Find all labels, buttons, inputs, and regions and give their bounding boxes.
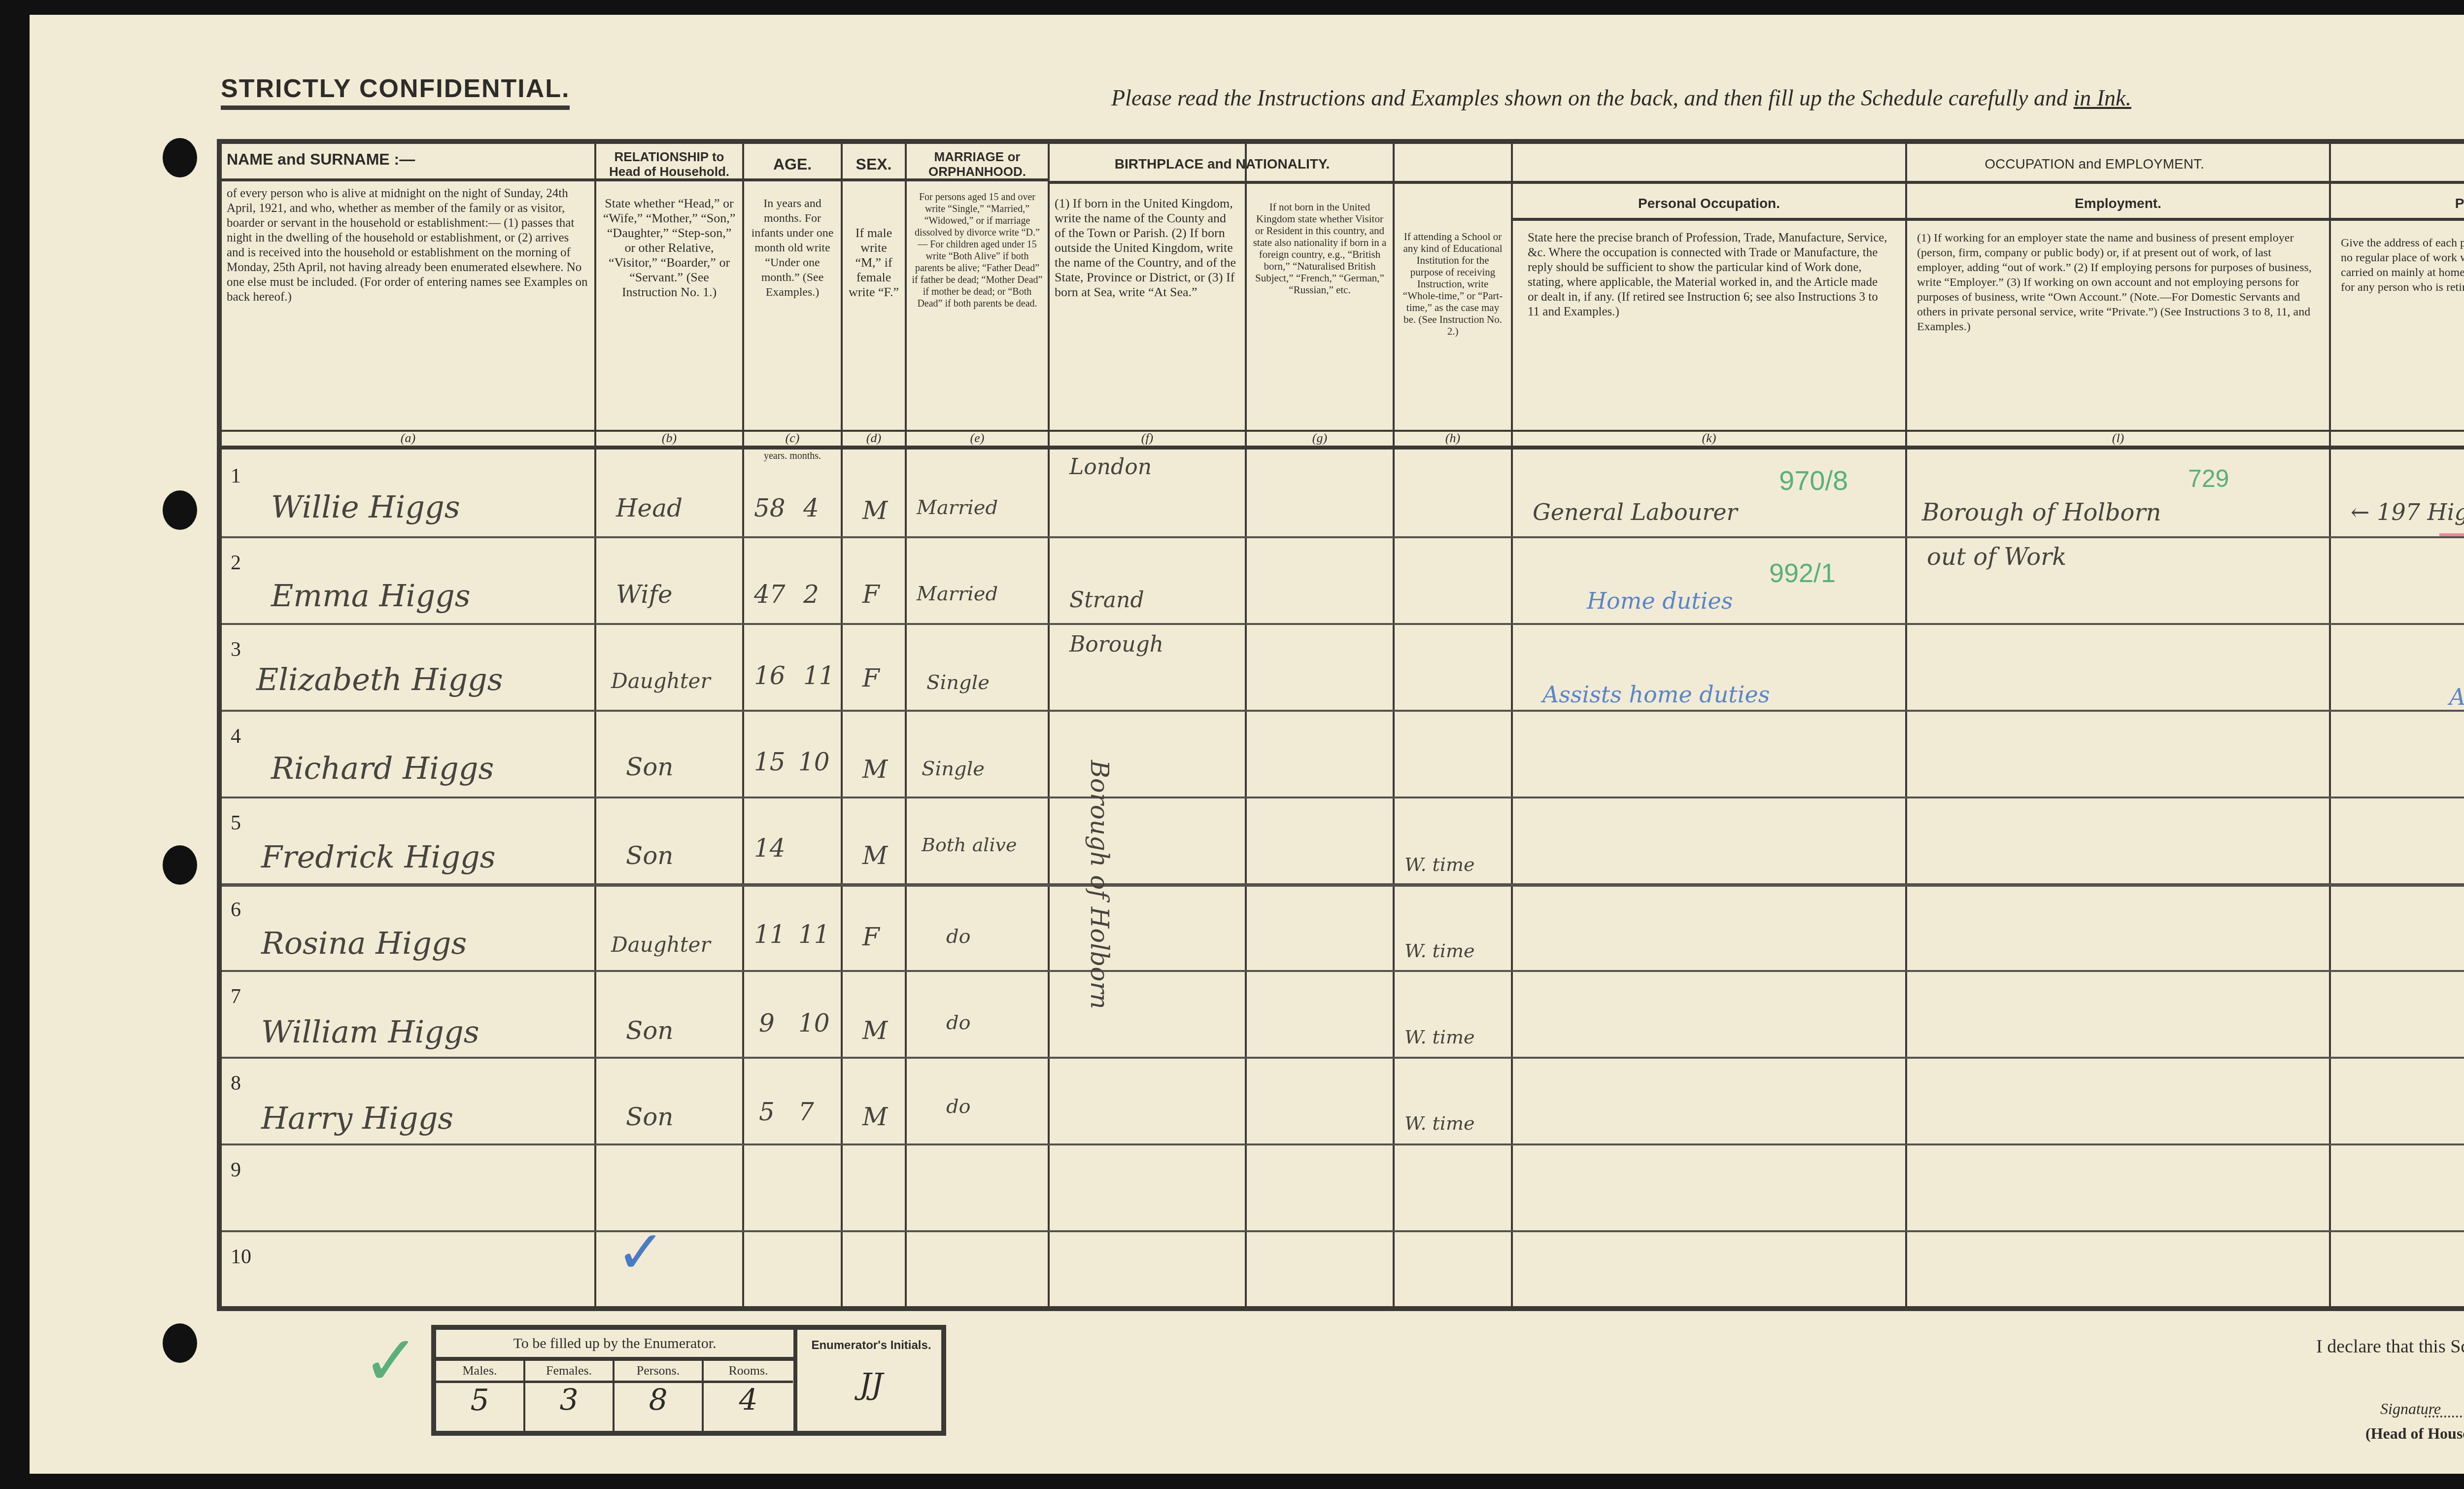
marriage-status: Single [922,758,985,780]
row-number: 7 [231,985,241,1008]
col-letter: (f) [1050,431,1245,446]
col-letter: (a) [222,431,594,446]
col-personal-occupation: Personal Occupation. State here the prec… [1513,144,1907,1306]
person-name: Harry Higgs [261,1100,453,1136]
birthplace: Strand [1069,588,1144,613]
col-title: MARRIAGE or ORPHANHOOD. [907,146,1048,182]
marriage-status: do [946,925,971,948]
rooms-cell: Rooms.4 [704,1361,793,1431]
marriage-status: Both alive [922,834,1017,856]
females-label: Females. [525,1361,613,1383]
age-months: 4 [803,494,819,522]
col-age: AGE. In years and months. For infants un… [744,144,843,1306]
col-desc: State here the precise branch of Profess… [1513,228,1905,322]
age-months: 7 [798,1098,814,1126]
row-number: 4 [231,725,241,748]
col-letter: (g) [1247,431,1393,446]
relationship: Head [616,494,683,522]
col-desc: of every person who is alive at midnight… [222,183,594,308]
blue-check-icon: ✓ [616,1218,666,1287]
row-number: 5 [231,811,241,835]
person-name: Rosina Higgs [261,925,467,961]
enumerator-box-title: To be filled up by the Enumerator. [436,1330,793,1361]
col-letter: (k) [1513,431,1905,446]
persons-count: 8 [615,1383,702,1418]
col-desc: If male write “M,” if female write “F.” [843,223,905,303]
employer-code: 729 [2188,464,2229,493]
person-name: Elizabeth Higgs [256,661,503,697]
col-title: SEX. [843,154,905,174]
personal-occupation: Assists home duties [1542,681,1770,708]
person-name: Willie Higgs [271,489,460,525]
punch-hole [163,138,197,177]
age-months: 10 [798,748,830,776]
col-desc: For persons aged 15 and over write “Sing… [907,188,1048,312]
col-title: Personal Occupation. [1513,193,1905,214]
red-underline [2439,533,2464,536]
row-divider [222,796,2464,798]
age-months: 11 [798,920,830,949]
declaration-text: I declare that this Schedule is correctl… [2316,1336,2464,1357]
col-birthplace: BIRTHPLACE and NATIONALITY. (1) If born … [1050,144,1247,1306]
col-title: AGE. [744,154,841,174]
signature-line [2425,1416,2464,1418]
col-relationship: RELATIONSHIP to Head of Household. State… [596,144,744,1306]
age-years: 5 [759,1098,775,1126]
in-ink-text: in Ink. [2073,85,2131,110]
age-months: 11 [803,661,835,690]
birthplace: Borough [1069,632,1164,657]
school-attendance: W. time [1404,940,1475,962]
row-number: 9 [231,1158,241,1182]
enumerator-totals-box: To be filled up by the Enumerator. Males… [431,1325,946,1436]
col-nationality: If not born in the United Kingdom state … [1247,144,1395,1306]
row-divider [222,883,2464,887]
row-divider [222,623,2464,625]
relationship: Daughter [611,933,711,957]
col-title: NAME and SURNAME :— [222,149,594,170]
sex: F [862,580,880,609]
school-attendance: W. time [1404,854,1475,875]
row-number: 1 [231,464,241,488]
punch-hole [163,490,197,530]
enumerator-initials-cell: Enumerator's Initials.JJ [793,1330,945,1431]
divider [222,178,1050,181]
signature-note: (Head of Household, Manager of Establish… [2365,1424,2464,1443]
sex: M [862,841,888,870]
marriage-status: Married [917,583,998,605]
col-desc: In years and months. For infants under o… [744,193,841,303]
divider [1513,218,2464,221]
col-employment: Employment. (1) If working for an employ… [1907,144,2331,1306]
col-marriage: MARRIAGE or ORPHANHOOD. For persons aged… [907,144,1050,1306]
col-place-of-work: Place of Work. Give the address of each … [2331,144,2464,1306]
school-attendance: W. time [1404,1112,1475,1134]
col-desc: If not born in the United Kingdom state … [1247,198,1393,299]
relationship: Son [626,1016,674,1045]
occupation-code: 970/8 [1779,464,1848,496]
age-years: 9 [759,1009,775,1038]
marriage-status: Married [917,496,998,519]
place-of-work: ← 197 High Holborn [2351,499,2464,525]
females-cell: Females.3 [525,1361,615,1431]
instructions-text: Please read the Instructions and Example… [1111,85,2073,110]
persons-cell: Persons.8 [615,1361,704,1431]
instructions-line: Please read the Instructions and Example… [1111,85,2131,111]
initials-label: Enumerator's Initials. [797,1330,945,1352]
enumerator-initials: JJ [797,1352,945,1402]
relationship: Son [626,1103,674,1131]
person-name: Emma Higgs [271,578,471,614]
row-number: 3 [231,638,241,661]
sex: M [862,1103,888,1131]
divider [1050,181,2464,184]
personal-occupation: General Labourer [1533,499,1738,525]
marriage-status: do [946,1011,971,1034]
age-years: 47 [754,580,786,609]
age-years: 11 [754,920,786,949]
census-form-table: NAME and SURNAME :— of every person who … [217,139,2464,1311]
col-desc: (1) If born in the United Kingdom, write… [1050,193,1245,303]
col-letter: (c) [744,431,841,446]
rooms-count: 4 [704,1383,793,1418]
persons-label: Persons. [615,1361,702,1383]
sex: M [862,496,888,525]
punch-hole [163,1323,197,1363]
confidential-heading: STRICTLY CONFIDENTIAL. [221,74,570,110]
sex: F [862,664,880,693]
person-name: Fredrick Higgs [261,839,496,875]
row-number: 8 [231,1072,241,1095]
age-months: 10 [798,1009,830,1038]
age-years: 15 [754,748,786,776]
col-letter: (l) [1907,431,2329,446]
age-years: 14 [754,834,786,863]
relationship: Daughter [611,669,711,693]
person-name: William Higgs [261,1014,479,1050]
row-divider [222,1230,2464,1232]
males-label: Males. [436,1361,523,1383]
row-number: 2 [231,551,241,575]
males-count: 5 [436,1383,523,1418]
col-title: Employment. [1907,193,2329,214]
row-divider [222,1143,2464,1145]
green-check-icon: ✓ [362,1321,420,1401]
col-title: RELATIONSHIP to Head of Household. [596,146,742,182]
personal-occupation: Home duties [1587,588,1733,614]
birthplace: London [1069,454,1152,480]
col-desc: (1) If working for an employer state the… [1907,228,2329,337]
row-number: 6 [231,898,241,922]
age-years: 58 [754,494,786,522]
col-desc: If attending a School or any kind of Edu… [1395,228,1511,340]
divider [222,446,2464,450]
col-desc: Give the address of each person's place … [2331,233,2464,298]
place-of-work: At home [2449,684,2464,710]
employer: Borough of Holborn [1922,499,2161,526]
row-divider [222,970,2464,972]
col-letter: (e) [907,431,1048,446]
employer: out of Work [1927,543,2066,571]
row-divider [222,1057,2464,1059]
relationship: Son [626,841,674,870]
age-subheader: years. months. [744,450,841,462]
marriage-status: Single [926,671,990,694]
occupation-group-header: OCCUPATION and EMPLOYMENT. [1513,154,2464,174]
person-name: Richard Higgs [271,750,494,786]
col-desc: State whether “Head,” or “Wife,” “Mother… [596,193,742,303]
birthplace-vertical: Borough of Holborn [1085,760,1114,1009]
occupation-code: 992/1 [1769,558,1836,589]
row-divider [222,536,2464,538]
row-number: 10 [231,1245,251,1269]
relationship: Wife [616,580,673,609]
col-letter: (d) [843,431,905,446]
marriage-status: do [946,1095,971,1118]
sex: M [862,755,888,784]
age-years: 16 [754,661,786,690]
sex: M [862,1016,888,1045]
age-months: 2 [803,580,819,609]
relationship: Son [626,753,674,781]
col-sex: SEX. If male write “M,” if female write … [843,144,907,1306]
col-title: Place of Work. [2331,193,2464,214]
punch-hole [163,845,197,885]
males-cell: Males.5 [436,1361,525,1431]
school-attendance: W. time [1404,1026,1475,1048]
sex: F [862,923,880,951]
females-count: 3 [525,1383,613,1418]
col-letter: (h) [1395,431,1511,446]
rooms-label: Rooms. [704,1361,793,1383]
divider [222,430,2464,432]
col-letter: (m) [2331,431,2464,446]
row-divider [222,710,2464,712]
col-letter: (b) [596,431,742,446]
